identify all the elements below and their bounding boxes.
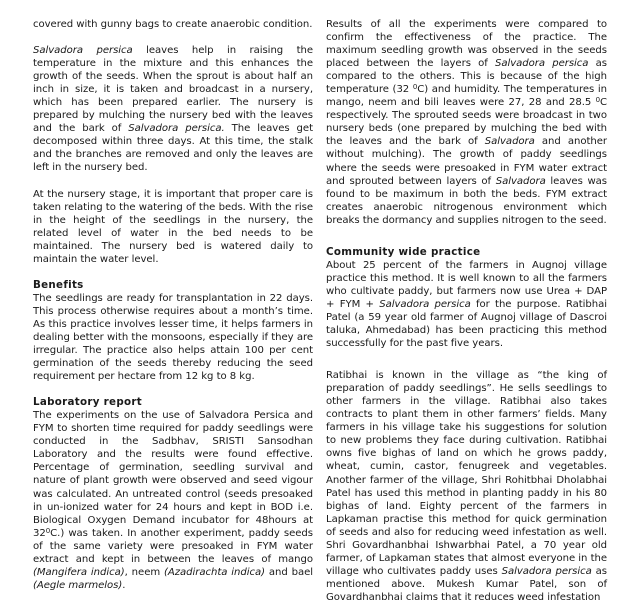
paragraph-results: Results of all the experiments were comp… <box>326 18 607 227</box>
species-bael: (Aegle marmelos) <box>33 580 122 591</box>
species-name: Salvadora persica <box>502 566 592 577</box>
heading-benefits: Benefits <box>33 279 313 292</box>
heading-community-wide-practice: Community wide practice <box>326 246 607 259</box>
paragraph-laboratory-report: The experiments on the use of Salvadora … <box>33 409 313 592</box>
species-name: Salvadora <box>485 136 535 147</box>
species-name: Salvadora persica <box>33 45 133 56</box>
species-name: Salvadora persica <box>495 58 588 69</box>
paragraph-salvadora-leaves: Salvadora persica leaves help in raising… <box>33 44 313 174</box>
species-name: Salvadora persica <box>379 299 471 310</box>
paragraph-community-practice: About 25 percent of the farmers in Augno… <box>326 259 607 350</box>
heading-laboratory-report: Laboratory report <box>33 396 313 409</box>
paragraph-continuation: covered with gunny bags to create anaero… <box>33 18 313 31</box>
species-neem: (Azadirachta indica) <box>164 567 265 578</box>
species-name: Salvadora persica. <box>128 123 224 134</box>
paragraph-nursery-watering: At the nursery stage, it is important th… <box>33 188 313 266</box>
paragraph-benefits: The seedlings are ready for transplantat… <box>33 292 313 383</box>
left-column: covered with gunny bags to create anaero… <box>33 18 313 592</box>
species-name: Salvadora <box>496 176 546 187</box>
species-mango: (Mangifera indica) <box>33 567 125 578</box>
paragraph-ratibhai: Ratibhai is known in the village as “the… <box>326 369 607 604</box>
right-column: Results of all the experiments were comp… <box>326 18 607 604</box>
